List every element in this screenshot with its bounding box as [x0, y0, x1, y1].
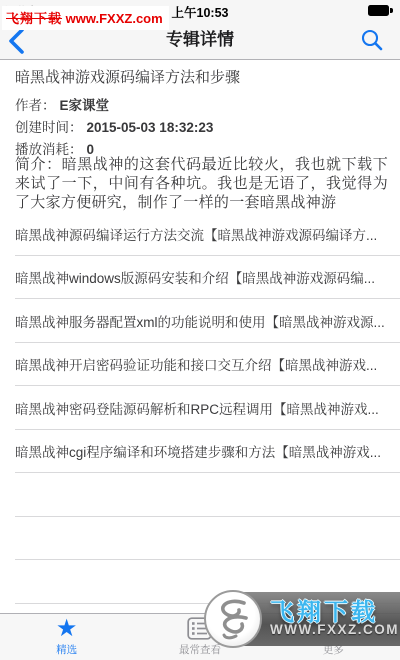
episode-title: 暗黑战神源码编译运行方法交流【暗黑战神游戏源码编译方... — [15, 224, 396, 244]
episode-title: 暗黑战神服务器配置xml的功能说明和使用【暗黑战神游戏源... — [15, 311, 396, 331]
list-empty-row — [0, 473, 400, 517]
list-item[interactable]: 暗黑战神服务器配置xml的功能说明和使用【暗黑战神游戏源... — [0, 299, 400, 343]
album-created: 创建时间：2015-05-03 18:32:23 — [15, 116, 213, 136]
episode-title: 暗黑战神开启密码验证功能和接口交互介绍【暗黑战神游戏... — [15, 354, 396, 374]
tab-featured[interactable]: ★ 精选 — [0, 614, 133, 660]
app-screen: 运营商 上午10:53 飞翔下载 www.FXXZ.com 专辑详情 暗黑战神游… — [0, 0, 400, 660]
album-intro: 简介：暗黑战神的这套代码最近比较火，我也就下载下来试了一下，中间有各种坑。我也是… — [15, 155, 388, 212]
watermark-top: 飞翔下载 www.FXXZ.com — [2, 6, 169, 30]
watermark-top-brand: 飞翔下载 — [6, 11, 62, 26]
tab-label: 精选 — [56, 642, 77, 657]
watermark-top-url: www.FXXZ.com — [66, 11, 163, 26]
list-item[interactable]: 暗黑战神开启密码验证功能和接口交互介绍【暗黑战神游戏... — [0, 343, 400, 387]
episode-title: 暗黑战神windows版源码安装和介绍【暗黑战神游戏源码编... — [15, 267, 396, 287]
album-author: 作者：E家课堂 — [15, 94, 109, 114]
created-value: 2015-05-03 18:32:23 — [87, 120, 214, 135]
list-empty-row — [0, 517, 400, 561]
battery-icon — [368, 5, 393, 16]
search-button[interactable] — [360, 28, 386, 54]
watermark-logo-icon — [204, 590, 262, 648]
list-item[interactable]: 暗黑战神源码编译运行方法交流【暗黑战神游戏源码编译方... — [0, 212, 400, 256]
list-item[interactable]: 暗黑战神windows版源码安装和介绍【暗黑战神游戏源码编... — [0, 256, 400, 300]
author-label: 作者： — [15, 98, 56, 113]
episode-title: 暗黑战神密码登陆源码解析和RPC远程调用【暗黑战神游戏... — [15, 398, 396, 418]
author-value: E家课堂 — [60, 98, 110, 113]
search-icon — [360, 28, 384, 52]
album-title: 暗黑战神游戏源码编译方法和步骤 — [15, 66, 240, 87]
episode-list: 暗黑战神源码编译运行方法交流【暗黑战神游戏源码编译方... 暗黑战神window… — [0, 212, 400, 604]
watermark-bottom-url: WWW.FXXZ.COM — [270, 622, 399, 637]
list-item[interactable]: 暗黑战神密码登陆源码解析和RPC远程调用【暗黑战神游戏... — [0, 386, 400, 430]
star-icon: ★ — [56, 615, 78, 642]
list-item[interactable]: 暗黑战神cgi程序编译和环境搭建步骤和方法【暗黑战神游戏... — [0, 430, 400, 474]
episode-title: 暗黑战神cgi程序编译和环境搭建步骤和方法【暗黑战神游戏... — [15, 441, 396, 461]
created-label: 创建时间： — [15, 120, 83, 135]
watermark-bottom: 飞翔下载 WWW.FXXZ.COM — [204, 589, 400, 651]
